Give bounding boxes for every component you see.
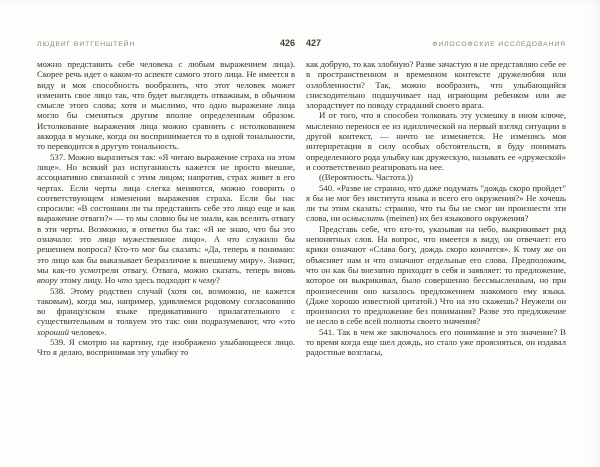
book-spread: ЛЮДВИГ ВИТГЕНШТЕЙН 426 можно представить… [0,0,600,467]
page-number: 427 [306,38,321,48]
paragraph: как добрую, то как злобную? Разве зачаст… [306,59,566,110]
page-right: 427 ФИЛОСОФСКИЕ ИССЛЕДОВАНИЯ как добрую,… [306,38,566,358]
paragraph: 538. Этому родствен случай (хотя он, воз… [37,286,295,337]
paragraph: И от того, что я способен толковать эту … [306,110,566,172]
page-body-text: как добрую, то как злобную? Разве зачаст… [306,59,566,358]
running-head-title: ФИЛОСОФСКИЕ ИССЛЕДОВАНИЯ [432,41,566,48]
paragraph: 540. «Разве не странно, что даже подумат… [306,183,566,224]
page-number: 426 [280,38,295,48]
running-head-title: ЛЮДВИГ ВИТГЕНШТЕЙН [37,41,135,48]
paragraph: 539. Я смотрю на картину, где изображено… [37,337,295,358]
running-head-left: ЛЮДВИГ ВИТГЕНШТЕЙН 426 [37,38,295,48]
paragraph: 537. Можно выразиться так: «Я читаю выра… [37,152,295,286]
paragraph: 541. Так в чем же заключалось его понима… [306,327,566,358]
page-left: ЛЮДВИГ ВИТГЕНШТЕЙН 426 можно представить… [37,38,295,358]
paragraph: можно представить себе человека с любым … [37,59,295,152]
page-body-text: можно представить себе человека с любым … [37,59,295,358]
paragraph: Представь себе, что кто-то, указывая на … [306,224,566,327]
running-head-right: 427 ФИЛОСОФСКИЕ ИССЛЕДОВАНИЯ [306,38,566,48]
paragraph: ((Вероятность. Частота.)) [306,172,566,182]
